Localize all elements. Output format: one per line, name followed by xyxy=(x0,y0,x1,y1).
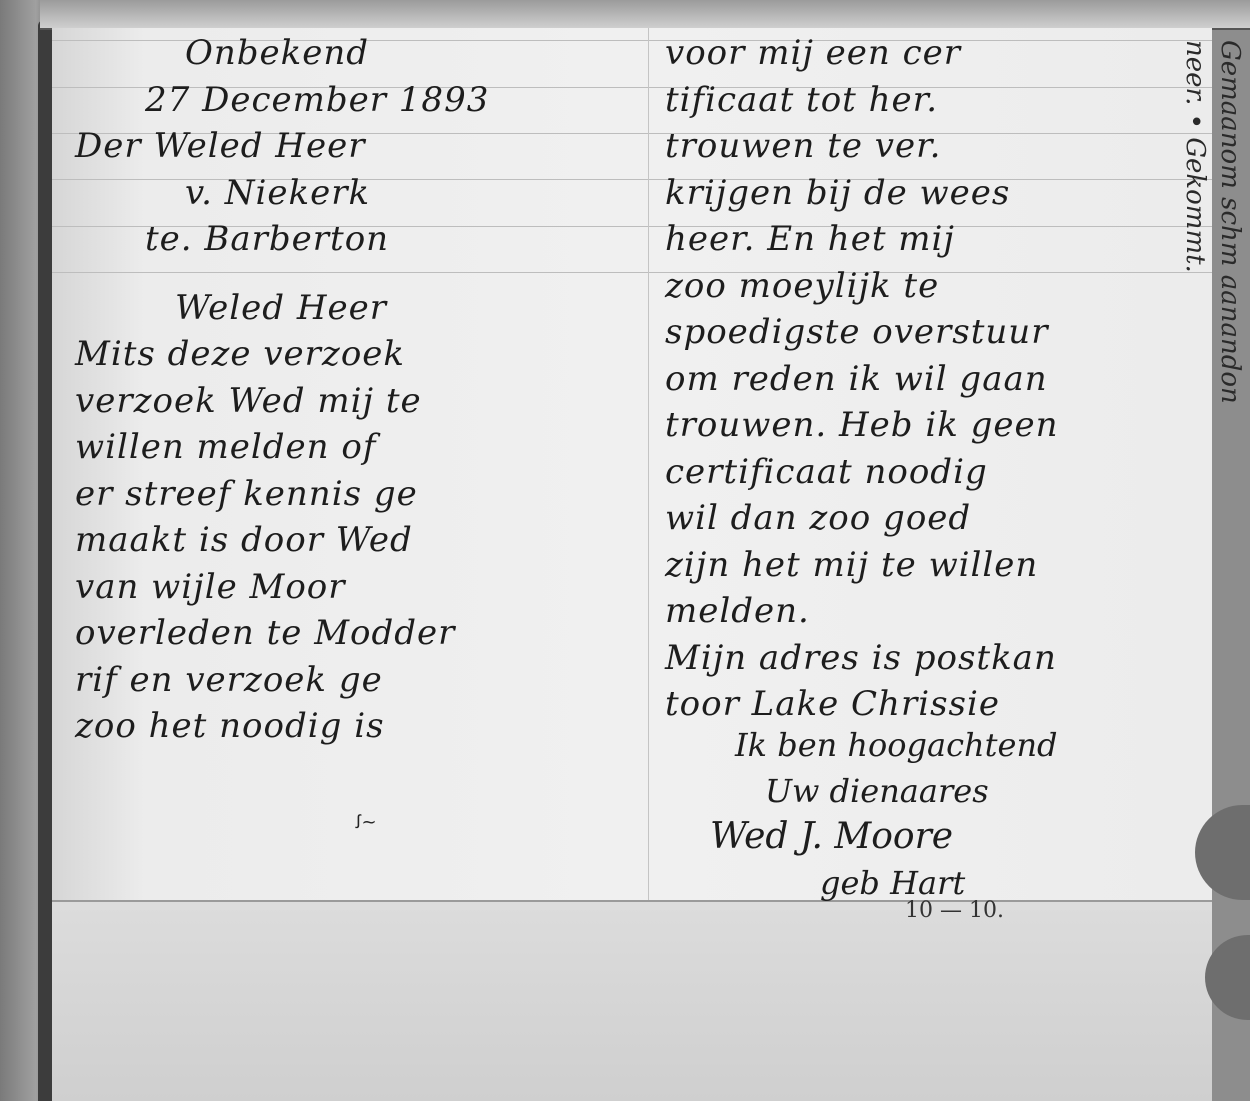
body-line: krijgen bij de wees xyxy=(665,170,1205,217)
valediction: Ik ben hoogachtend xyxy=(710,722,1210,768)
addressee-location: te. Barberton xyxy=(75,216,645,263)
body-line: zoo moeylijk te xyxy=(665,263,1205,310)
body-line: er streef kennis ge xyxy=(75,471,645,518)
body-line: willen melden of xyxy=(75,424,645,471)
body-line: maakt is door Wed xyxy=(75,517,645,564)
lower-sheet xyxy=(52,902,1212,1101)
body-line: trouwen te ver. xyxy=(665,123,1205,170)
body-line: trouwen. Heb ik geen xyxy=(665,402,1205,449)
letter-closing: Ik ben hoogachtend Uw dienaares Wed J. M… xyxy=(710,722,1210,906)
body-line: zoo het noodig is xyxy=(75,703,645,750)
body-line: voor mij een cer xyxy=(665,30,1205,77)
body-line: certificaat noodig xyxy=(665,449,1205,496)
address-line: toor Lake Chrissie xyxy=(665,681,1205,728)
body-line: zijn het mij te willen xyxy=(665,542,1205,589)
body-line: overleden te Modder xyxy=(75,610,645,657)
body-line: tificaat tot her. xyxy=(665,77,1205,124)
addressee-line: Der Weled Heer xyxy=(75,123,645,170)
body-line: om reden ik wil gaan xyxy=(665,356,1205,403)
date-line: 27 December 1893 xyxy=(75,77,645,124)
body-line: wil dan zoo goed xyxy=(665,495,1205,542)
salutation: Weled Heer xyxy=(75,285,645,332)
page-marks: 10 — 10. xyxy=(905,898,1004,923)
column-fold xyxy=(648,28,649,908)
signoff: Uw dienaares xyxy=(710,768,1210,814)
body-line: spoedigste overstuur xyxy=(665,309,1205,356)
addressee-name: v. Niekerk xyxy=(75,170,645,217)
place-line: Onbekend xyxy=(75,30,645,77)
margin-note: neer. • Gekommt. xyxy=(1180,40,1210,273)
body-line: verzoek Wed mij te xyxy=(75,378,645,425)
body-line: rif en verzoek ge xyxy=(75,657,645,704)
signature: Wed J. Moore xyxy=(710,814,1210,860)
body-line: van wijle Moor xyxy=(75,564,645,611)
spacer xyxy=(75,263,645,285)
margin-note: Gemaanom schm aanandon xyxy=(1215,40,1245,404)
book-spine xyxy=(38,20,52,1101)
body-line: Mits deze verzoek xyxy=(75,331,645,378)
body-line: melden. xyxy=(665,588,1205,635)
ink-mark: ꭍ~ xyxy=(355,810,377,834)
upper-page-edge xyxy=(40,0,1250,30)
address-line: Mijn adres is postkan xyxy=(665,635,1205,682)
letter-left-column: Onbekend 27 December 1893 Der Weled Heer… xyxy=(75,30,645,750)
body-line: heer. En het mij xyxy=(665,216,1205,263)
letter-right-column: voor mij een cer tificaat tot her. trouw… xyxy=(665,30,1205,728)
